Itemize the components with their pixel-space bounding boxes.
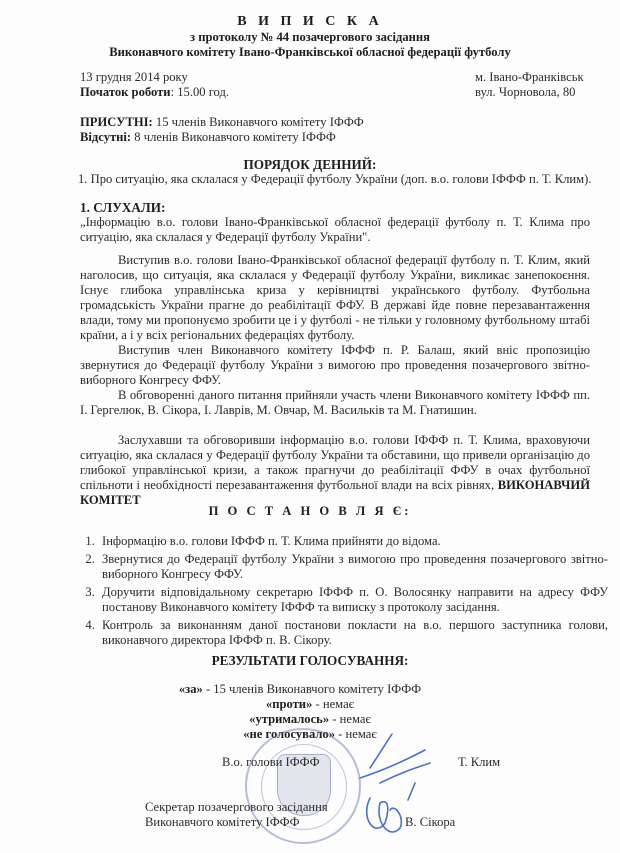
start-time-label: Початок роботи xyxy=(80,85,171,99)
vote-for: «за» - 15 членів Виконавчого комітету ІФ… xyxy=(0,682,610,697)
vote-for-value: - 15 членів Виконавчого комітету ІФФФ xyxy=(203,682,421,696)
voting-heading: РЕЗУЛЬТАТИ ГОЛОСУВАННЯ: xyxy=(0,653,620,668)
paragraph-4: Заслухавши та обговоривши інформацію в.о… xyxy=(80,433,590,508)
start-time: Початок роботи: 15.00 год. xyxy=(80,85,229,100)
paragraph-1: Виступив в.о. голови Івано-Франківської … xyxy=(80,253,590,343)
document-subtitle-2: Виконавчого комітету Івано-Франківської … xyxy=(0,45,620,60)
vote-for-label: «за» xyxy=(179,682,203,696)
absent-line: Відсутні: 8 членів Виконавчого комітету … xyxy=(80,130,336,145)
vote-against-label: «проти» xyxy=(266,697,312,711)
vote-abstained: «утрималось» - немає xyxy=(0,712,620,727)
document-title: В И П И С К А xyxy=(0,14,620,29)
head-name: Т. Клим xyxy=(458,755,500,770)
present-line: ПРИСУТНІ: 15 членів Виконавчого комітету… xyxy=(80,115,364,130)
secretary-role-2: Виконавчого комітету ІФФФ xyxy=(145,815,300,830)
resolution-item: Контроль за виконанням даної постанови п… xyxy=(98,618,608,648)
signature-icon xyxy=(330,728,450,848)
vote-abstained-label: «утрималось» xyxy=(249,712,329,726)
agenda-heading: ПОРЯДОК ДЕННИЙ: xyxy=(0,157,620,172)
paragraph-2: Виступив член Виконавчого комітету ІФФФ … xyxy=(80,343,590,388)
vote-abstained-value: - немає xyxy=(329,712,371,726)
vote-against: «проти» - немає xyxy=(0,697,620,712)
resolution-item: Звернутися до Федерації футболу України … xyxy=(98,552,608,582)
meeting-address: вул. Чорновола, 80 xyxy=(475,85,575,100)
paragraph-3: В обговоренні даного питання прийняли уч… xyxy=(80,388,590,418)
present-value: 15 членів Виконавчого комітету ІФФФ xyxy=(153,115,364,129)
absent-label: Відсутні: xyxy=(80,130,131,144)
secretary-role-1: Секретар позачергового засідання xyxy=(145,800,328,815)
document-page: В И П И С К А з протоколу № 44 позачерго… xyxy=(0,0,620,853)
present-label: ПРИСУТНІ: xyxy=(80,115,153,129)
resolution-list: Інформацію в.о. голови ІФФФ п. Т. Клима … xyxy=(80,534,608,651)
absent-value: 8 членів Виконавчого комітету ІФФФ xyxy=(131,130,336,144)
heard-heading: 1. СЛУХАЛИ: xyxy=(80,200,165,215)
head-role: В.о. голови ІФФФ xyxy=(222,755,320,770)
document-subtitle-1: з протоколу № 44 позачергового засідання xyxy=(0,30,620,45)
vote-against-value: - немає xyxy=(312,697,354,711)
start-time-value: : 15.00 год. xyxy=(171,85,229,99)
resolution-item: Інформацію в.о. голови ІФФФ п. Т. Клима … xyxy=(98,534,608,549)
meeting-city: м. Івано-Франківськ xyxy=(475,70,584,85)
resolution-item: Доручити відповідальному секретарю ІФФФ … xyxy=(98,585,608,615)
secretary-name: В. Сікора xyxy=(405,815,455,830)
meeting-date: 13 грудня 2014 року xyxy=(80,70,188,85)
agenda-item-1: 1. Про ситуацію, яка склалася у Федераці… xyxy=(78,172,591,187)
resolution-heading: П О С Т А Н О В Л Я Є: xyxy=(0,504,620,519)
heard-text: „Інформацію в.о. голови Івано-Франківськ… xyxy=(80,215,590,245)
